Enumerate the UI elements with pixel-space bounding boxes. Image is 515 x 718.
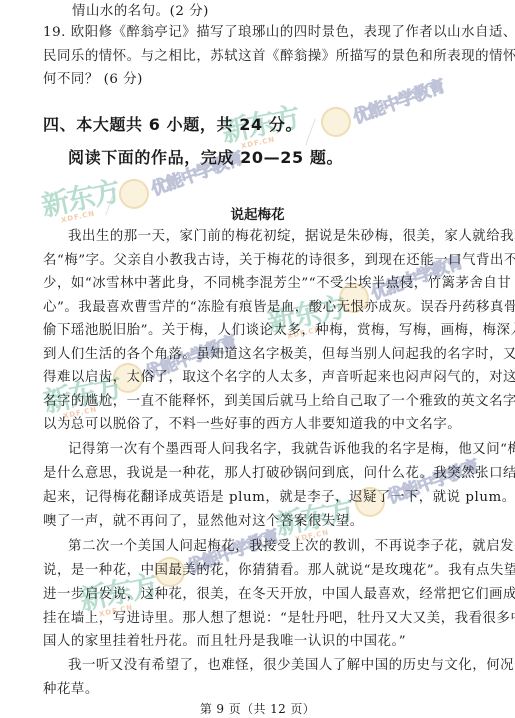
article-line: 第二次一个美国人问起梅花，我接受上次的教训，不再说李子花，就启发他 [68, 538, 488, 556]
article-line: 名字的尴尬，一直不能释怀，到美国后就马上给自己取了一个雅致的英文名字， [43, 393, 463, 411]
article-line: 到人们生活的各个角落。虽知道这名字极美，但每当别人问起我的名字时，又觉 [43, 346, 463, 364]
article-line: 进一步启发说，这种花，很美，在冬天开放，中国人最喜欢，经常把它们画成画 [43, 586, 463, 604]
article-line: 偷下瑶池脱旧胎”。关于梅，人们谈论太多，种梅，赏梅，写梅，画梅，梅深入 [43, 322, 463, 340]
prev-question-tail: 情山水的名句。(2 分) [72, 3, 492, 21]
article-line: 是什么意思，我说是一种花，那人打破砂锅问到底，问什么花。我突然张口结舌 [43, 465, 463, 483]
article-line: 我出生的那一天，家门前的梅花初绽，据说是朱砂梅，很美，家人就给我取 [68, 228, 488, 246]
article-line: 记得第一次有个墨西哥人问我名字，我就告诉他我的名字是梅，他又问“梅” [68, 441, 488, 459]
article-line: 种花草。 [43, 681, 463, 699]
article-line: 得难以启齿，太俗了，取这个名字的人太多，声音听起来也闷声闷气的，对这个 [43, 369, 463, 387]
question-19-line: 民同乐的情怀。与之相比，苏轼这首《醉翁操》所描写的景色和所表现的情怀有 [43, 48, 463, 66]
article-line: 起来，记得梅花翻译成英语是 plum，就是李子，迟疑了一下，就说 plum。那人 [43, 489, 463, 507]
question-19-line: 何不同？ (6 分) [43, 71, 463, 89]
page-footer: 第 9 页（共 12 页） [0, 700, 515, 717]
question-19-line: 19. 欧阳修《醉翁亭记》描写了琅琊山的四时景色，表现了作者以山水自适、与 [43, 24, 463, 42]
article-line: 说，是一种花，中国最美的花，你猜猜看。那人就说“是玫瑰花”。我有点失望， [43, 562, 463, 580]
section-heading: 四、本大题共 6 小题，共 24 分。 [43, 116, 463, 134]
article-line: 心”。我最喜欢曹雪芹的“冻脸有痕皆是血，酸心无恨亦成灰。误吞丹药移真骨， [43, 299, 463, 317]
article-line: 以为总可以脱俗了，不料一些好事的西方人非要知道我的中文名字。 [43, 416, 463, 434]
article-line: 挂在墙上，写进诗里。那人想了想说：“是牡丹吧，牡丹又大又美，我看很多中 [43, 610, 463, 628]
article-line: 我一听又没有希望了，也难怪，很少美国人了解中国的历史与文化，何况一 [68, 657, 488, 675]
article-line: 名“梅”字。父亲自小教我古诗，关于梅花的诗很多，到现在还能一口气背出不 [43, 252, 463, 270]
youneng-watermark: 优能中学教育 [351, 449, 482, 521]
article-title: 说起梅花 [0, 203, 515, 223]
article-line: 噢了一声，就不再问了，显然他对这个答案很失望。 [43, 513, 463, 531]
article-line: 国人的家里挂着牡丹花。而且牡丹是我唯一认识的中国花。” [43, 633, 463, 651]
section-instruction: 阅读下面的作品，完成 20—25 题。 [68, 149, 488, 167]
article-line: 少，如“冰雪林中著此身，不同桃李混芳尘”“不受尘埃半点侵，竹篱茅舍自甘 [43, 275, 463, 293]
